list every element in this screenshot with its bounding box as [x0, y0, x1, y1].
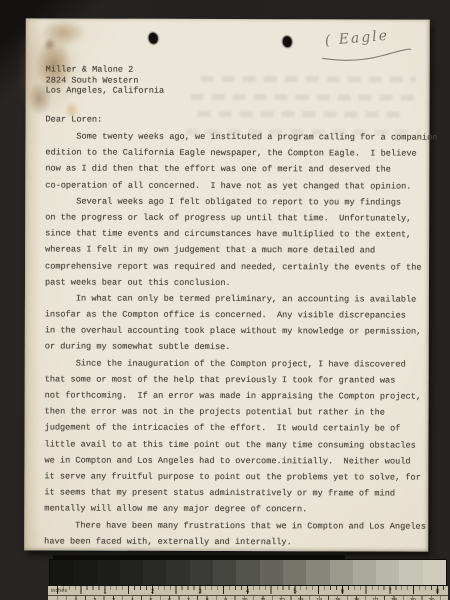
letter-line: judgement of the intricacies of the effo… [45, 420, 427, 437]
letter-line: then the error was not in the projects p… [45, 404, 427, 421]
letter-line: Some twenty weeks ago, we instituted a p… [45, 128, 427, 145]
bleed-through-smudge [191, 94, 421, 101]
grayscale-step [213, 560, 236, 585]
grayscale-step [236, 560, 259, 585]
grayscale-step [283, 560, 306, 585]
ruler-inch-number: 4 [246, 589, 249, 595]
ruler-inch-number: 5 [293, 589, 296, 595]
letter-line: co-operation of all concerned. I have no… [45, 177, 427, 194]
punch-hole-left [148, 32, 159, 45]
annotation-text: ( Eagle [324, 28, 389, 49]
grayscale-step [73, 560, 96, 585]
sender-address-line: Los Angeles, California [46, 86, 165, 97]
annotation-underline-flourish [321, 47, 413, 63]
letter-line: little avail to at this time point out t… [44, 436, 426, 453]
sender-address-block: Miller & Malone 22824 South WesternLos A… [46, 64, 165, 96]
letter-line: it serve any fruitful purpose to point o… [44, 468, 426, 485]
sender-address-line: 2824 South Western [46, 75, 165, 86]
grayscale-step [190, 560, 213, 585]
grayscale-step [260, 560, 283, 585]
letter-line: or during my somewhat subtle demise. [45, 339, 427, 356]
grayscale-step [353, 560, 376, 585]
ruler-inch-number: 7 [388, 589, 391, 595]
ruler-cm-ticks [57, 596, 445, 600]
pencil-annotation: ( Eagle [313, 23, 423, 69]
ruler-inch-number: 3 [198, 589, 201, 595]
letter-line: In what can only be termed preliminary, … [45, 290, 427, 307]
bleed-through-smudge [198, 111, 403, 118]
sender-address-line: Miller & Malone 2 [46, 64, 165, 75]
letter-line: comprehensive report was required and ne… [45, 258, 427, 275]
letter-line: that some or most of the help that previ… [45, 371, 427, 388]
letter-line: Several weeks ago I felt obligated to re… [45, 193, 427, 210]
letter-line: not forthcoming. If an error was made in… [45, 387, 427, 404]
grayscale-step [306, 560, 329, 585]
ruler-inch-number: 8 [436, 589, 439, 595]
letter-line: on the progress or lack of progress up u… [45, 209, 427, 226]
letter-line: edition to the California Eagle newspape… [45, 145, 427, 162]
letter-body: Some twenty weeks ago, we instituted a p… [44, 128, 427, 550]
letter-line: insofar as the Compton office is concern… [45, 306, 427, 323]
ruler-inch-number: 1 [103, 589, 106, 595]
grayscale-step [50, 560, 73, 585]
letter-line: whereas I felt in my own judgement that … [45, 242, 427, 259]
calibration-ruler: inches 123456781234567891011121314151617… [48, 585, 448, 600]
grayscale-step [143, 560, 166, 585]
photo-of-letter: ( Eagle Miller & Malone 22824 South West… [0, 0, 450, 600]
ruler-inch-major-ticks [57, 586, 445, 594]
grayscale-step [166, 560, 189, 585]
grayscale-step [120, 560, 143, 585]
grayscale-step [330, 560, 353, 585]
letter-line: There have been many frustrations that w… [44, 517, 426, 534]
letter-paper: ( Eagle Miller & Malone 22824 South West… [24, 18, 430, 551]
letter-line: Since the inauguration of the Compton pr… [45, 355, 427, 372]
letter-line: in the overhaul accounting took place wi… [45, 323, 427, 340]
letter-line: have been faced with, externally and int… [44, 533, 426, 550]
letter-line: we in Compton and Los Angeles had to ove… [44, 452, 426, 469]
grayscale-step [399, 560, 422, 585]
letter-line: past weeks bear out this conclusion. [45, 274, 427, 291]
grayscale-step [376, 560, 399, 585]
salutation: Dear Loren: [46, 114, 103, 124]
letter-line: mentally will allow me any major degree … [44, 501, 426, 518]
punch-hole-right [282, 36, 292, 48]
ruler-inch-number: 2 [151, 589, 154, 595]
bleed-through-smudge [201, 76, 416, 83]
letter-line: now as I did then that the effort was on… [45, 161, 427, 178]
grayscale-calibration-bar [50, 560, 446, 585]
letter-line: since that time events and circumstances… [45, 226, 427, 243]
ruler-inch-number: 6 [341, 589, 344, 595]
grayscale-step [423, 560, 446, 585]
grayscale-step [97, 560, 120, 585]
letter-line: it seems that my present status administ… [44, 485, 426, 502]
